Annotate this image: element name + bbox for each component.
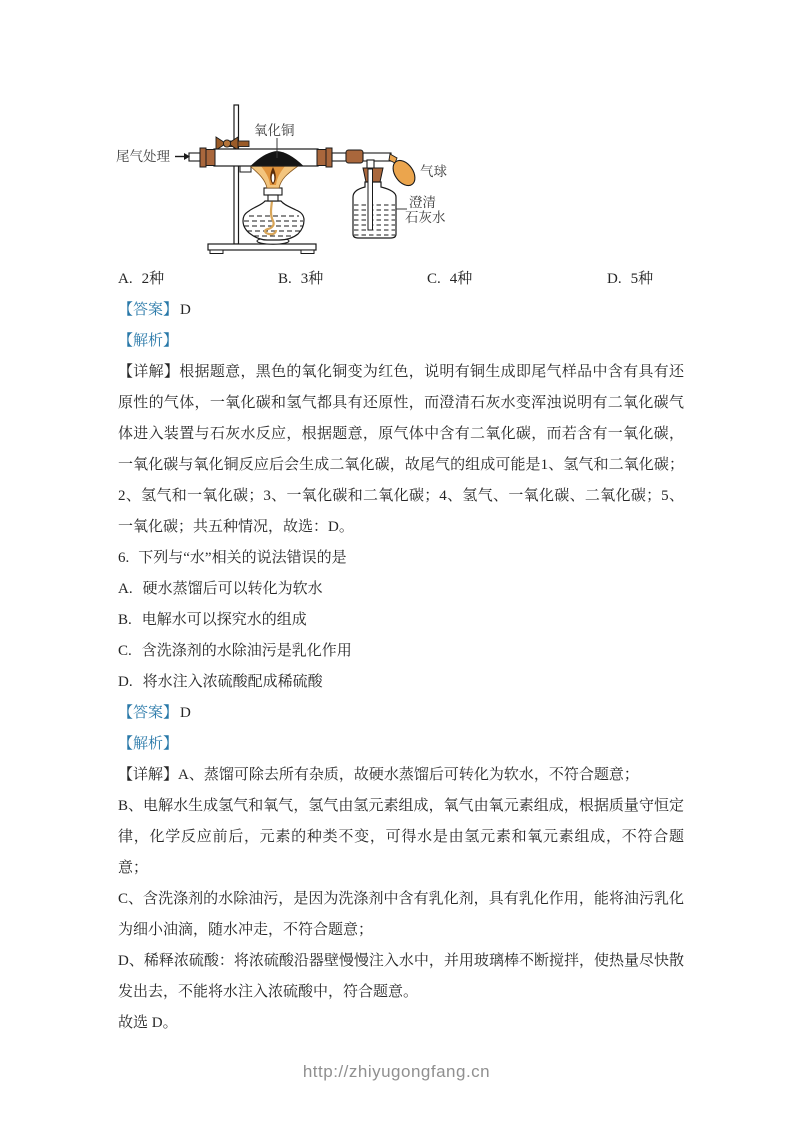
glass-tube: [189, 148, 332, 167]
q5-options-row: A.2种 B.3种 C.4种 D.5种: [118, 264, 684, 295]
q6-analysis-line: 【解析】: [118, 729, 684, 760]
q5-option-a: A.2种: [118, 264, 164, 295]
q6-detail-paragraph-c: C、含洗涤剂的水除油污，是因为洗涤剂中含有乳化剂，具有乳化作用，能将油污乳化为细…: [118, 884, 684, 946]
q6-option-a: A.硬水蒸馏后可以转化为软水: [118, 574, 684, 605]
balloon: [389, 154, 420, 190]
alcohol-lamp: [243, 188, 304, 244]
analysis-bracket-label: 【解析】: [118, 736, 178, 752]
rubber-stopper-left: [200, 148, 215, 167]
answer-bracket-label: 【答案】: [118, 302, 178, 318]
document-page: 尾气处理 氧化铜 气球 澄清 石灰水 A.2种 B.3种 C.4种 D.5种 【…: [0, 0, 793, 1122]
q6-option-c: C.含洗涤剂的水除油污是乳化作用: [118, 636, 684, 667]
q6-detail-paragraph-a: 【详解】A、蒸馏可除去所有杂质，故硬水蒸馏后可转化为软水，不符合题意；: [118, 760, 684, 791]
q5-option-b: B.3种: [278, 264, 323, 295]
detail-bracket-label: 【详解】: [118, 364, 179, 380]
q6-answer-line: 【答案】D: [118, 698, 684, 729]
q6-answer-value: D: [180, 705, 191, 721]
apparatus-diagram: 尾气处理 氧化铜 气球 澄清 石灰水: [113, 97, 463, 262]
q6-detail-paragraph-d: D、稀释浓硫酸：将浓硫酸沿器壁慢慢注入水中，并用玻璃棒不断搅拌，使热量尽快散发出…: [118, 946, 684, 1008]
limewater-label-2: 石灰水: [405, 209, 446, 225]
q6-option-b: B.电解水可以探究水的组成: [118, 605, 684, 636]
connecting-tube: [332, 150, 391, 169]
q6-number: 6.: [118, 550, 129, 566]
q5-option-d: D.5种: [607, 264, 653, 295]
document-content: A.2种 B.3种 C.4种 D.5种 【答案】D 【解析】 【详解】根据题意，…: [118, 264, 684, 1039]
limewater-label-1: 澄清: [409, 195, 436, 210]
tail-gas-label: 尾气处理: [116, 148, 170, 164]
q5-option-c: C.4种: [427, 264, 472, 295]
q6-detail-paragraph-b: B、电解水生成氢气和氧气，氢气由氢元素组成，氧气由氧元素组成，根据质量守恒定律，…: [118, 791, 684, 884]
analysis-bracket-label: 【解析】: [118, 333, 178, 349]
answer-bracket-label: 【答案】: [118, 705, 178, 721]
q6-option-d: D.将水注入浓硫酸配成稀硫酸: [118, 667, 684, 698]
q6-conclusion: 故选 D。: [118, 1008, 684, 1039]
detail-bracket-label: 【详解】: [118, 767, 178, 783]
q5-analysis-line: 【解析】: [118, 326, 684, 357]
q5-answer-value: D: [180, 302, 191, 318]
rubber-stopper-right: [317, 148, 332, 167]
q5-answer-line: 【答案】D: [118, 295, 684, 326]
flame-icon: [250, 166, 298, 188]
q6-stem: 6.下列与“水”相关的说法错误的是: [118, 543, 684, 574]
q5-detail-paragraph: 【详解】根据题意，黑色的氧化铜变为红色，说明有铜生成即尾气样品中含有具有还原性的…: [118, 357, 684, 543]
bottle-inner-tube: [368, 169, 373, 230]
rubber-coupler: [346, 150, 363, 163]
footer-url: http://zhiyugongfang.cn: [0, 1062, 793, 1082]
balloon-label: 气球: [420, 164, 447, 179]
copper-oxide-label: 氧化铜: [254, 122, 295, 138]
